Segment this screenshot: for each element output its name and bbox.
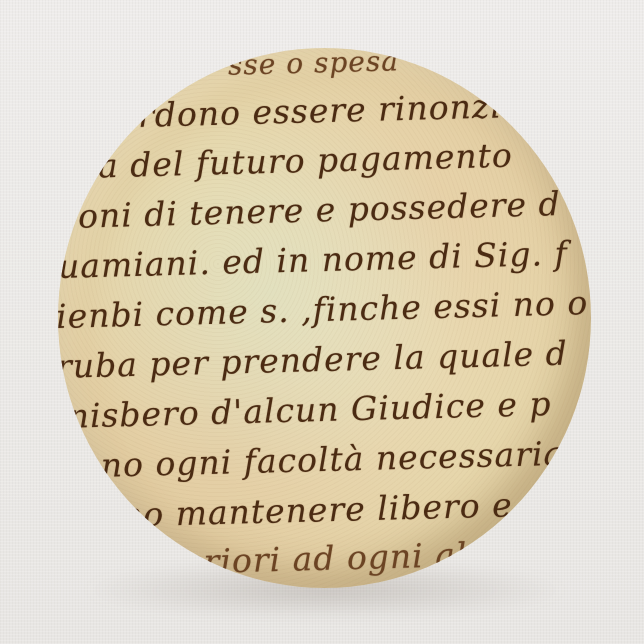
script-line: ienbi come s. ,finche essi no o — [58, 283, 591, 336]
script-line: oni di tenere e possedere d — [78, 183, 591, 235]
round-pillow: sse o spesa rdono essere rinonzi a del f… — [58, 48, 591, 588]
script-line: a del futuro pagamento — [98, 134, 591, 186]
script-line: enno ogni facoltà necessaria — [58, 433, 591, 486]
script-line: uamiani. ed in nome di Sig. f — [58, 233, 591, 286]
script-line: inisbero d'alcun Giudice e p — [58, 383, 591, 436]
script-line: ruba per prendere la quale d — [58, 333, 591, 386]
